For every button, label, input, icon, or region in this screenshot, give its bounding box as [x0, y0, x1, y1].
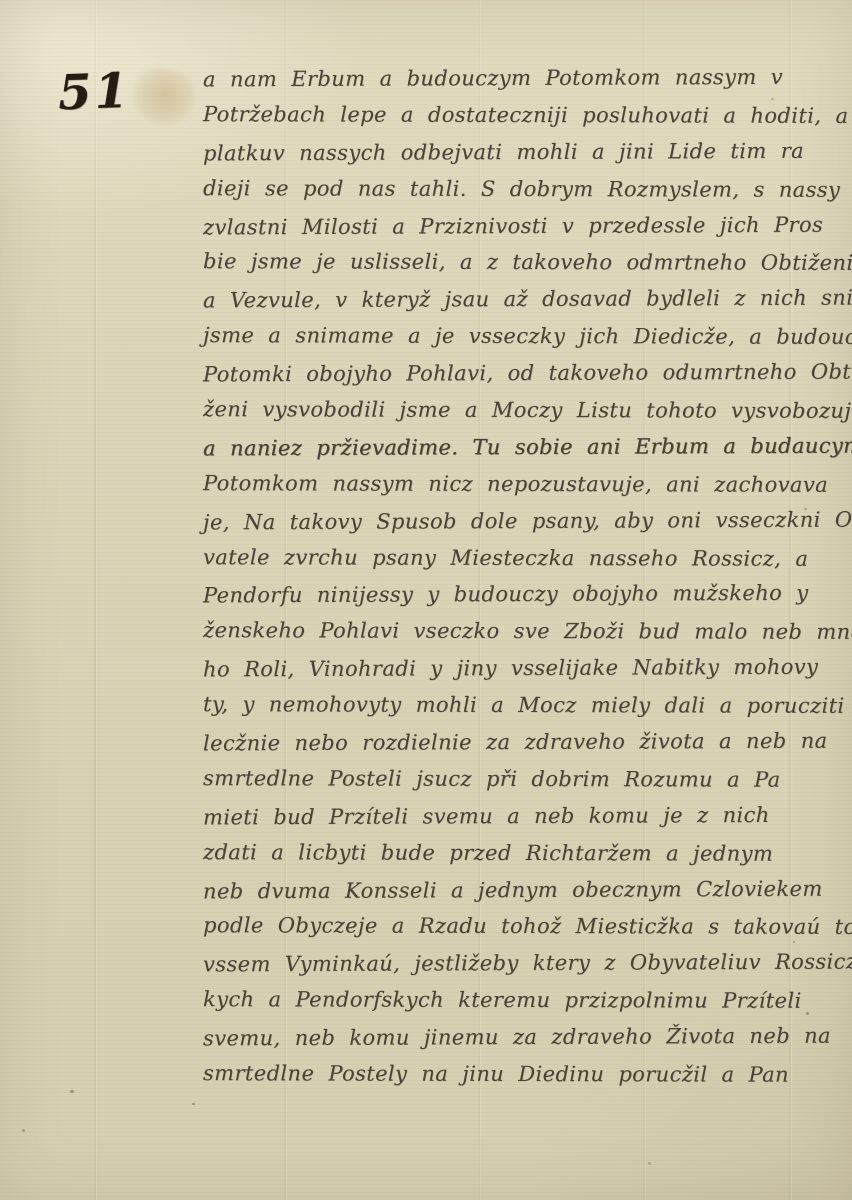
manuscript-line: Potomki obojyho Pohlavi, od takoveho odu… [203, 354, 847, 394]
ink-bleed-mark [128, 66, 199, 130]
manuscript-line: Potržebach lepe a dostateczniji posluhov… [203, 96, 847, 135]
manuscript-line: je, Na takovy Spusob dole psany, aby oni… [203, 501, 847, 541]
manuscript-line: Potomkom nassym nicz nepozustavuje, ani … [203, 465, 847, 504]
manuscript-line: svemu, neb komu jinemu za zdraveho Život… [203, 1018, 847, 1058]
manuscript-line: a naniez pržievadime. Tu sobie ani Erbum… [203, 428, 847, 468]
manuscript-text-block: a nam Erbum a budouczym Potomkom nassym … [203, 60, 847, 1093]
manuscript-line: a Vezvule, v kteryž jsau až dosavad bydl… [203, 280, 847, 320]
manuscript-line: ty, y nemohovyty mohli a Mocz miely dali… [203, 686, 847, 725]
manuscript-line: smrtedlne Postely na jinu Diedinu porucž… [203, 1055, 847, 1094]
foxing-spot [648, 1162, 651, 1165]
foxing-spot [192, 1103, 195, 1105]
manuscript-line: bie jsme je uslisseli, a z takoveho odmr… [203, 244, 847, 283]
manuscript-line: zdati a licbyti bude przed Richtaržem a … [203, 834, 847, 873]
manuscript-line: ženi vysvobodili jsme a Moczy Listu toho… [203, 391, 847, 430]
manuscript-line: smrtedlne Posteli jsucz při dobrim Rozum… [203, 760, 847, 799]
page-number: 51 [57, 63, 132, 122]
paper-chain-line [94, 0, 96, 1200]
manuscript-line: jsme a snimame a je vsseczky jich Diedic… [203, 317, 847, 356]
manuscript-line: kych a Pendorfskych kteremu przizpolnimu… [203, 981, 847, 1020]
manuscript-line: dieji se pod nas tahli. S dobrym Rozmysl… [203, 170, 847, 209]
manuscript-line: mieti bud Przíteli svemu a neb komu je z… [203, 796, 847, 836]
manuscript-line: Pendorfu ninijessy y budouczy obojyho mu… [203, 575, 847, 615]
manuscript-line: ženskeho Pohlavi vseczko sve Zboži bud m… [203, 613, 847, 652]
manuscript-line: a nam Erbum a budouczym Potomkom nassym … [203, 59, 847, 99]
manuscript-line: vssem Vyminkaú, jestližeby ktery z Obyva… [203, 944, 847, 984]
manuscript-line: ho Roli, Vinohradi y jiny vsselijake Nab… [203, 649, 847, 689]
manuscript-line: zvlastni Milosti a Prziznivosti v przede… [203, 206, 847, 246]
manuscript-page: 51 a nam Erbum a budouczym Potomkom nass… [0, 0, 852, 1200]
foxing-spot [22, 1129, 25, 1132]
manuscript-line: podle Obyczeje a Rzadu tohož Miesticžka … [203, 908, 847, 947]
manuscript-line: platkuv nassych odbejvati mohli a jini L… [203, 132, 847, 172]
manuscript-line: vatele zvrchu psany Miesteczka nasseho R… [203, 539, 847, 578]
manuscript-line: lecžnie nebo rozdielnie za zdraveho živo… [203, 723, 847, 763]
manuscript-line: neb dvuma Konsseli a jednym obecznym Czl… [203, 870, 847, 910]
foxing-spot [70, 1090, 74, 1093]
